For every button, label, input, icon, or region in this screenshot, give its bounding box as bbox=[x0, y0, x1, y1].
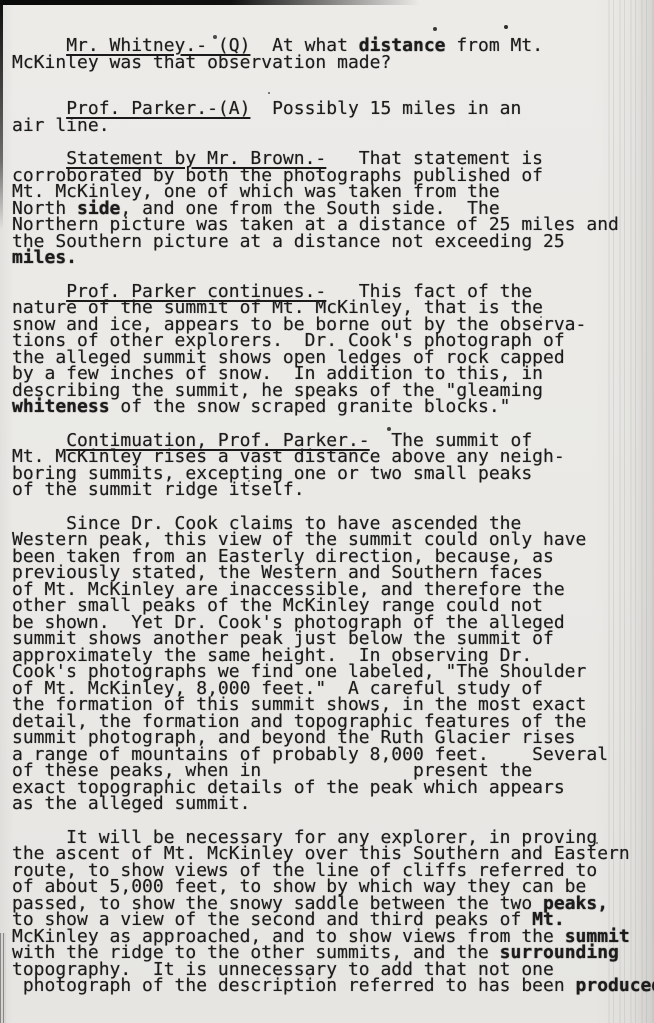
scan-edge-left-bottom bbox=[0, 933, 6, 1023]
text-segment: air line. bbox=[12, 115, 110, 136]
paragraph: Mr. Whitney.- (Q) At what distance from … bbox=[12, 38, 648, 71]
text-segment: of the summit ridge itself. bbox=[12, 479, 305, 500]
paragraph: Prof. Parker continues.- This fact of th… bbox=[12, 284, 648, 416]
text-segment: the Southern picture at a distance not e… bbox=[12, 231, 565, 252]
paragraph: Statement by Mr. Brown.- That statement … bbox=[12, 151, 648, 267]
text-segment: of the snow scraped granite blocks." bbox=[110, 396, 511, 417]
text-segment: miles. bbox=[12, 247, 77, 268]
document-content: Mr. Whitney.- (Q) At what distance from … bbox=[12, 38, 648, 1012]
scan-edge-left bbox=[0, 0, 3, 230]
text-segment: as the alleged summit. bbox=[12, 793, 250, 814]
paragraph: Prof. Parker.-(A) Possibly 15 miles in a… bbox=[12, 101, 648, 134]
text-segment: Possibly 15 miles in an bbox=[250, 98, 521, 119]
text-line: photograph of the description referred t… bbox=[12, 978, 648, 995]
paragraph: It will be necessary for any explorer, i… bbox=[12, 830, 648, 995]
text-line: as the alleged summit. bbox=[12, 796, 648, 813]
scan-specks bbox=[0, 0, 2, 2]
text-segment: McKinley was that observation made? bbox=[12, 52, 391, 73]
text-segment: photograph of the description referred t… bbox=[12, 975, 576, 996]
paragraph: Contimuation, Prof. Parker.- The summit … bbox=[12, 433, 648, 499]
text-segment: from Mt. bbox=[446, 35, 544, 56]
text-line: miles. bbox=[12, 250, 648, 267]
document-page: Mr. Whitney.- (Q) At what distance from … bbox=[0, 0, 654, 1023]
text-line: of the summit ridge itself. bbox=[12, 482, 648, 499]
text-line: McKinley was that observation made? bbox=[12, 55, 648, 72]
text-line: whiteness of the snow scraped granite bl… bbox=[12, 399, 648, 416]
paragraph: Since Dr. Cook claims to have ascended t… bbox=[12, 516, 648, 813]
text-line: the Southern picture at a distance not e… bbox=[12, 234, 648, 251]
text-segment: whiteness bbox=[12, 396, 110, 417]
scan-edge-top bbox=[0, 0, 420, 5]
text-segment: produced. bbox=[576, 975, 654, 996]
text-line: air line. bbox=[12, 118, 648, 135]
